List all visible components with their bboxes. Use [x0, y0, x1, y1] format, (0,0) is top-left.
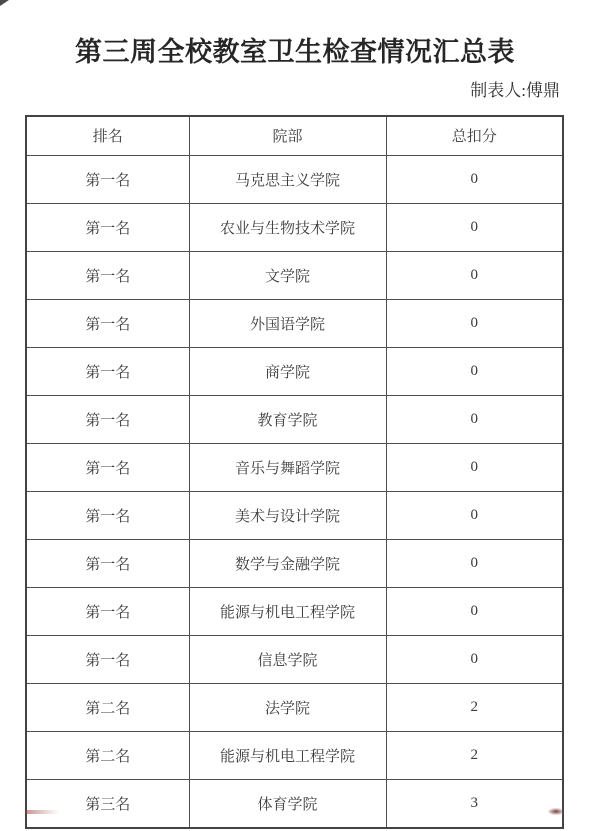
- table-row: 第一名音乐与舞蹈学院0: [26, 443, 563, 491]
- cell-score: 0: [386, 395, 563, 443]
- table-row: 第一名商学院0: [26, 347, 563, 395]
- cell-rank: 第一名: [26, 395, 189, 443]
- cell-rank: 第一名: [26, 299, 189, 347]
- cell-score: 0: [386, 635, 563, 683]
- cell-score: 0: [386, 155, 563, 203]
- cell-department: 音乐与舞蹈学院: [189, 443, 386, 491]
- cell-rank: 第一名: [26, 443, 189, 491]
- table-row: 第一名文学院0: [26, 251, 563, 299]
- cell-score: 0: [386, 491, 563, 539]
- cell-department: 马克思主义学院: [189, 155, 386, 203]
- cell-department: 法学院: [189, 683, 386, 731]
- cell-department: 美术与设计学院: [189, 491, 386, 539]
- byline-author: 制表人:傅鼎: [0, 81, 590, 101]
- cell-score: 0: [386, 347, 563, 395]
- cell-department: 体育学院: [189, 779, 386, 828]
- table-row: 第一名农业与生物技术学院0: [26, 203, 563, 251]
- table-header-row: 排名 院部 总扣分: [26, 116, 563, 156]
- cell-rank: 第一名: [26, 635, 189, 683]
- cell-score: 0: [386, 587, 563, 635]
- cell-score: 3: [386, 779, 563, 828]
- cell-rank: 第一名: [26, 203, 189, 251]
- scan-artifact-bottom-left: [25, 810, 59, 814]
- table-row: 第一名信息学院0: [26, 635, 563, 683]
- scan-artifact-bottom-right: [548, 808, 564, 815]
- cell-rank: 第一名: [26, 491, 189, 539]
- cell-rank: 第一名: [26, 539, 189, 587]
- cell-department: 农业与生物技术学院: [189, 203, 386, 251]
- cell-department: 能源与机电工程学院: [189, 731, 386, 779]
- header-cell-department: 院部: [189, 116, 386, 156]
- table-row: 第一名马克思主义学院0: [26, 155, 563, 203]
- table-row: 第二名法学院2: [26, 683, 563, 731]
- header-cell-rank: 排名: [26, 116, 189, 156]
- header-cell-score: 总扣分: [386, 116, 563, 156]
- cell-score: 2: [386, 731, 563, 779]
- cell-rank: 第二名: [26, 683, 189, 731]
- cell-rank: 第一名: [26, 587, 189, 635]
- document-page: { "page": { "title": "第三周全校教室卫生检查情况汇总表",…: [0, 0, 590, 831]
- cell-score: 2: [386, 683, 563, 731]
- cell-department: 信息学院: [189, 635, 386, 683]
- cell-score: 0: [386, 299, 563, 347]
- cell-score: 0: [386, 203, 563, 251]
- cell-score: 0: [386, 539, 563, 587]
- cell-department: 外国语学院: [189, 299, 386, 347]
- cell-department: 教育学院: [189, 395, 386, 443]
- cell-score: 0: [386, 443, 563, 491]
- table-row: 第一名美术与设计学院0: [26, 491, 563, 539]
- table-row: 第二名能源与机电工程学院2: [26, 731, 563, 779]
- cell-department: 能源与机电工程学院: [189, 587, 386, 635]
- cell-rank: 第一名: [26, 155, 189, 203]
- cell-rank: 第一名: [26, 347, 189, 395]
- cell-score: 0: [386, 251, 563, 299]
- table-row: 第一名数学与金融学院0: [26, 539, 563, 587]
- cell-department: 数学与金融学院: [189, 539, 386, 587]
- table-row: 第一名教育学院0: [26, 395, 563, 443]
- cell-department: 商学院: [189, 347, 386, 395]
- hygiene-summary-table: 排名 院部 总扣分 第一名马克思主义学院0第一名农业与生物技术学院0第一名文学院…: [25, 115, 564, 829]
- cell-department: 文学院: [189, 251, 386, 299]
- table-row: 第一名外国语学院0: [26, 299, 563, 347]
- table-body: 第一名马克思主义学院0第一名农业与生物技术学院0第一名文学院0第一名外国语学院0…: [26, 155, 563, 828]
- cell-rank: 第三名: [26, 779, 189, 828]
- table-row: 第三名体育学院3: [26, 779, 563, 828]
- cell-rank: 第一名: [26, 251, 189, 299]
- cell-rank: 第二名: [26, 731, 189, 779]
- page-title: 第三周全校教室卫生检查情况汇总表: [0, 0, 590, 68]
- table-row: 第一名能源与机电工程学院0: [26, 587, 563, 635]
